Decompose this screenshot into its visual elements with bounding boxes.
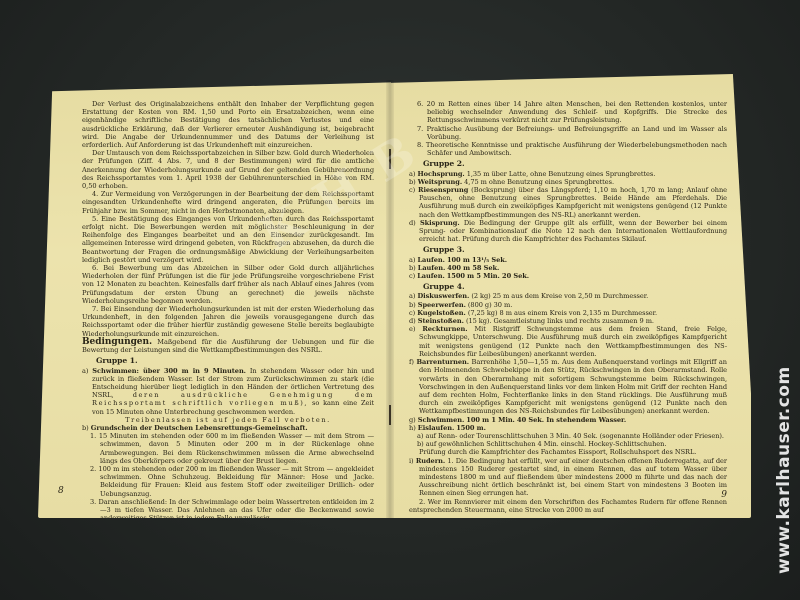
group-3-item: a) Laufen. 100 m 13¹/₅ Sek. [409,256,727,264]
intro-paragraph: 4. Zur Vermeidung von Verzögerungen in d… [82,190,374,215]
group-4-item: e) Reckturnen. Mit Ristgriff Schwungstem… [409,325,727,358]
group-2-item: c) Riesensprung (Bocksprung) über das Lä… [409,186,727,219]
group-1-b-subitem: 1. 15 Minuten im stehenden oder 600 m im… [82,432,374,465]
group-1-item-a: a) Schwimmen: über 300 m in 9 Minuten. I… [82,367,374,416]
group-4-item: b) Speerwerfen. (800 g) 30 m. [409,301,727,309]
left-page-text: Der Verlust des Originalabzeichens enthä… [82,100,374,580]
conditions-block: Bedingungen. Maßgebend für die Ausführun… [82,338,374,354]
group-4-item-i-continued: 2. Wer im Rennvierer mit einem den Vorsc… [409,498,727,514]
group-1-b-subitem: 5. Von der Wasserfläche aus zweimal inne… [82,555,374,580]
group-2-item: b) Weitsprung. 4,75 m ohne Benutzung ein… [409,178,727,186]
group-2-title: Gruppe 2. [423,160,727,168]
side-watermark: www.karlhauser.com [774,360,798,580]
open-booklet: Der Verlust des Originalabzeichens enthä… [0,0,800,600]
staple [389,149,391,169]
group-1-b-subitem: 3. Daran anschließend: In der Schwimmlag… [82,498,374,523]
group-1-b-subitem: 4. 17 m Streckentauchen im stehenden, od… [82,522,374,555]
item-title: Grundschein der Deutschen Lebensrettungs… [91,424,308,432]
intro-paragraph: 6. Bei Bewerbung um das Abzeichen in Sil… [82,264,374,305]
group-2-item: a) Hochsprung. 1,35 m über Latte, ohne B… [409,170,727,178]
group-4-item: f) Barrenturnen. Barrenhöhe 1,50—1,55 m.… [409,358,727,415]
item-label: a) [82,367,88,375]
top-item: 7. Praktische Ausübung der Befreiungs- u… [409,125,727,141]
right-page-text: 6. 20 m Retten eines über 14 Jahre alten… [409,100,727,514]
group-4-item: d) Steinstoßen. (15 kg). Gesamtleistung … [409,317,727,325]
group-2-item: d) Skisprung. Die Bedingung der Gruppe g… [409,219,727,244]
group-1-b-subitem: 2. 100 m im stehenden oder 200 m im flie… [82,465,374,498]
item-label: b) [82,424,89,432]
intro-paragraph: 5. Eine Bestätigung des Einganges von Ur… [82,215,374,264]
right-page: 6. 20 m Retten eines über 14 Jahre alten… [389,74,751,518]
book-gutter [386,80,394,518]
intro-paragraph: 7. Bei Einsendung der Wiederholungsurkun… [82,305,374,338]
group-3-title: Gruppe 3. [423,246,727,254]
top-item: 6. 20 m Retten eines über 14 Jahre alten… [409,100,727,125]
page-number-left: 8 [58,486,64,496]
left-page: Der Verlust des Originalabzeichens enthä… [38,78,391,518]
group-4-item: c) Kugelstoßen. (7,25 kg) 8 m aus einem … [409,309,727,317]
group-1-title: Gruppe 1. [96,357,374,365]
group-4-item: g) Schwimmen. 100 m 1 Min. 40 Sek. In st… [409,416,727,424]
group-3-item: c) Laufen. 1500 m 5 Min. 20 Sek. [409,272,727,280]
group-4-item-i: i) Rudern. 1. Die Bedingung hat erfüllt,… [409,457,727,498]
intro-paragraph: Der Verlust des Originalabzeichens enthä… [82,100,374,149]
page-number-right: 9 [721,490,727,500]
group-4-title: Gruppe 4. [423,283,727,291]
group-4-h-subitem: a) auf Renn- oder Tourenschlittschuhen 3… [409,432,727,440]
group-4-h-note: Prüfung durch die Kampfrichter des Facha… [409,448,727,456]
item-title: Schwimmen: über 300 m in 9 Minuten. [92,367,246,375]
group-1-item-b: b) Grundschein der Deutschen Lebensrettu… [82,424,374,432]
group-4-item: h) Eislaufen. 1500 m. [409,424,727,432]
staple [389,405,391,425]
group-4-item: a) Diskuswerfen. (2 kg) 25 m aus dem Kre… [409,292,727,300]
group-4-h-subitem: b) auf gewöhnlichen Schlittschuhen 4 Min… [409,440,727,448]
group-1-note: Treibenlassen ist auf jeden Fall verbote… [82,416,374,424]
top-item: 8. Theoretische Kenntnisse und praktisch… [409,141,727,157]
intro-paragraph: Der Umtausch von dem Reichssportabzeiche… [82,149,374,190]
group-3-item: b) Laufen. 400 m 58 Sek. [409,264,727,272]
